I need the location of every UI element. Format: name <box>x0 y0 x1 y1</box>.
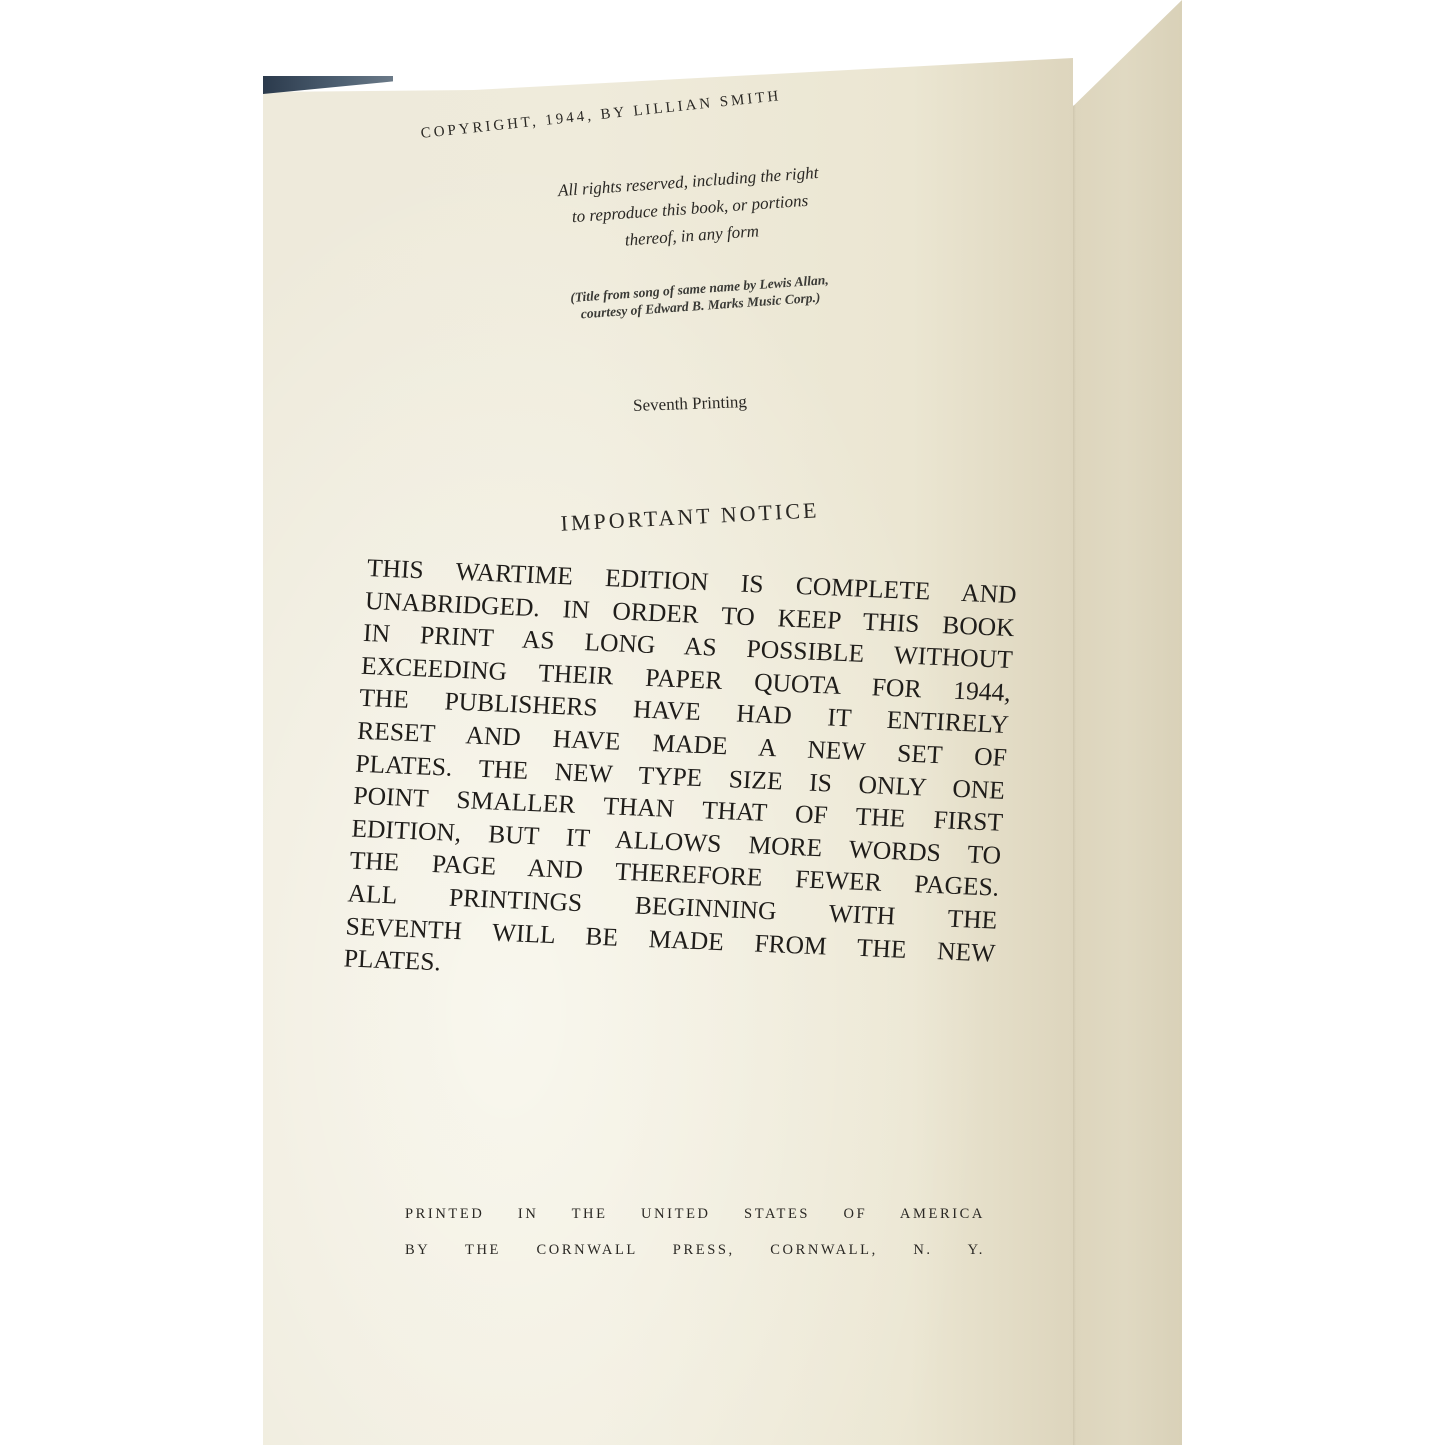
copyright-line: COPYRIGHT, 1944, BY LILLIAN SMITH <box>420 70 959 143</box>
song-credit: (Title from song of same name by Lewis A… <box>469 264 930 330</box>
notice-body: THIS WARTIME EDITION IS COMPLETE AND UNA… <box>343 552 1018 1002</box>
page-content: COPYRIGHT, 1944, BY LILLIAN SMITH All ri… <box>0 0 1445 1445</box>
notice-title: IMPORTANT NOTICE <box>490 494 891 541</box>
rights-reserved: All rights reserved, including the right… <box>498 155 883 262</box>
printing-edition: Seventh Printing <box>560 389 821 418</box>
book-photo: COPYRIGHT, 1944, BY LILLIAN SMITH All ri… <box>0 0 1445 1445</box>
imprint-line: BY THE CORNWALL PRESS, CORNWALL, N. Y. <box>405 1232 985 1268</box>
imprint-line: PRINTED IN THE UNITED STATES OF AMERICA <box>405 1196 985 1232</box>
printer-imprint: PRINTED IN THE UNITED STATES OF AMERICA … <box>405 1196 985 1268</box>
